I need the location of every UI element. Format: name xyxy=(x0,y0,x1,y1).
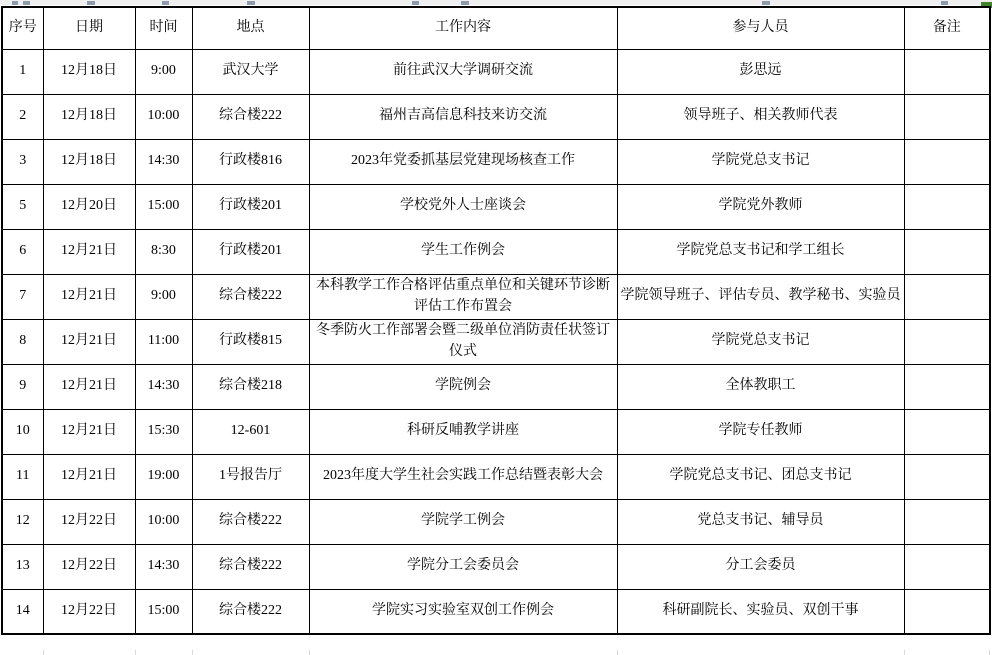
cell-remarks[interactable] xyxy=(904,94,990,139)
gridline xyxy=(309,650,310,655)
cell-content[interactable]: 科研反哺教学讲座 xyxy=(309,409,617,454)
cropped-text-fragment xyxy=(762,1,770,5)
cell-time[interactable]: 9:00 xyxy=(135,49,192,94)
gridline xyxy=(43,650,44,655)
cell-time[interactable]: 14:30 xyxy=(135,364,192,409)
cell-remarks[interactable] xyxy=(904,319,990,364)
cell-participants[interactable]: 领导班子、相关教师代表 xyxy=(617,94,904,139)
cell-index[interactable]: 13 xyxy=(2,544,43,589)
cell-index[interactable]: 7 xyxy=(2,274,43,319)
table-row: 8 12月21日 11:00 行政楼815 冬季防火工作部署会暨二级单位消防责任… xyxy=(2,319,990,364)
cell-participants[interactable]: 学院党总支书记 xyxy=(617,139,904,184)
cell-time[interactable]: 11:00 xyxy=(135,319,192,364)
cell-remarks[interactable] xyxy=(904,364,990,409)
cell-content[interactable]: 学院学工例会 xyxy=(309,499,617,544)
cell-date[interactable]: 12月18日 xyxy=(43,139,135,184)
cell-participants[interactable]: 学院党总支书记、团总支书记 xyxy=(617,454,904,499)
table-row: 5 12月20日 15:00 行政楼201 学校党外人士座谈会 学院党外教师 xyxy=(2,184,990,229)
cell-location[interactable]: 综合楼218 xyxy=(192,364,309,409)
cell-time[interactable]: 10:00 xyxy=(135,94,192,139)
cropped-text-fragment xyxy=(412,1,419,5)
cell-index[interactable]: 1 xyxy=(2,49,43,94)
cell-content[interactable]: 福州吉高信息科技来访交流 xyxy=(309,94,617,139)
cell-content[interactable]: 学校党外人士座谈会 xyxy=(309,184,617,229)
cropped-row-strip xyxy=(0,0,992,5)
cell-location[interactable]: 武汉大学 xyxy=(192,49,309,94)
cell-index[interactable]: 11 xyxy=(2,454,43,499)
cell-index[interactable]: 10 xyxy=(2,409,43,454)
gridline xyxy=(617,650,618,655)
cell-date[interactable]: 12月21日 xyxy=(43,229,135,274)
cell-content[interactable]: 2023年度大学生社会实践工作总结暨表彰大会 xyxy=(309,454,617,499)
cell-content[interactable]: 学院例会 xyxy=(309,364,617,409)
table-row: 7 12月21日 9:00 综合楼222 本科教学工作合格评估重点单位和关键环节… xyxy=(2,274,990,319)
cell-index[interactable]: 9 xyxy=(2,364,43,409)
spreadsheet-view: 序号 日期 时间 地点 工作内容 参与人员 备注 1 12月18日 9:00 武… xyxy=(0,0,992,655)
cell-participants[interactable]: 彭思远 xyxy=(617,49,904,94)
cell-remarks[interactable] xyxy=(904,454,990,499)
cell-content[interactable]: 前往武汉大学调研交流 xyxy=(309,49,617,94)
cell-index[interactable]: 8 xyxy=(2,319,43,364)
cell-location[interactable]: 综合楼222 xyxy=(192,499,309,544)
cell-participants[interactable]: 学院党总支书记和学工组长 xyxy=(617,229,904,274)
cell-date[interactable]: 12月21日 xyxy=(43,364,135,409)
cropped-text-fragment xyxy=(23,1,30,5)
cell-index[interactable]: 6 xyxy=(2,229,43,274)
cell-participants[interactable]: 学院党总支书记 xyxy=(617,319,904,364)
table-row: 1 12月18日 9:00 武汉大学 前往武汉大学调研交流 彭思远 xyxy=(2,49,990,94)
cell-date[interactable]: 12月20日 xyxy=(43,184,135,229)
cell-remarks[interactable] xyxy=(904,274,990,319)
cell-participants[interactable]: 学院党外教师 xyxy=(617,184,904,229)
header-row: 序号 日期 时间 地点 工作内容 参与人员 备注 xyxy=(2,7,990,49)
column-header-time[interactable]: 时间 xyxy=(135,7,192,49)
cell-remarks[interactable] xyxy=(904,589,990,634)
cell-date[interactable]: 12月22日 xyxy=(43,544,135,589)
cell-remarks[interactable] xyxy=(904,139,990,184)
cell-date[interactable]: 12月21日 xyxy=(43,274,135,319)
cell-participants[interactable]: 学院领导班子、评估专员、教学秘书、实验员 xyxy=(617,274,904,319)
cell-index[interactable]: 14 xyxy=(2,589,43,634)
cell-location[interactable]: 行政楼201 xyxy=(192,184,309,229)
gridline xyxy=(904,650,905,655)
gridline xyxy=(989,650,990,655)
column-header-participants[interactable]: 参与人员 xyxy=(617,7,904,49)
cell-date[interactable]: 12月21日 xyxy=(43,319,135,364)
cell-participants[interactable]: 党总支书记、辅导员 xyxy=(617,499,904,544)
cell-content[interactable]: 学生工作例会 xyxy=(309,229,617,274)
gridline xyxy=(192,650,193,655)
table-row: 2 12月18日 10:00 综合楼222 福州吉高信息科技来访交流 领导班子、… xyxy=(2,94,990,139)
cell-location[interactable]: 综合楼222 xyxy=(192,544,309,589)
column-header-remarks[interactable]: 备注 xyxy=(904,7,990,49)
table-row: 11 12月21日 19:00 1号报告厅 2023年度大学生社会实践工作总结暨… xyxy=(2,454,990,499)
cell-date[interactable]: 12月21日 xyxy=(43,409,135,454)
cell-participants[interactable]: 全体教职工 xyxy=(617,364,904,409)
column-header-index[interactable]: 序号 xyxy=(2,7,43,49)
cell-remarks[interactable] xyxy=(904,409,990,454)
cropped-text-fragment xyxy=(87,1,95,5)
table-row: 13 12月22日 14:30 综合楼222 学院分工会委员会 分工会委员 xyxy=(2,544,990,589)
column-header-location[interactable]: 地点 xyxy=(192,7,309,49)
cell-participants[interactable]: 科研副院长、实验员、双创干事 xyxy=(617,589,904,634)
cell-location[interactable]: 行政楼816 xyxy=(192,139,309,184)
cell-content[interactable]: 学院分工会委员会 xyxy=(309,544,617,589)
cell-date[interactable]: 12月21日 xyxy=(43,454,135,499)
cell-remarks[interactable] xyxy=(904,49,990,94)
cropped-text-fragment xyxy=(941,1,948,5)
cell-time[interactable]: 15:30 xyxy=(135,409,192,454)
cell-date[interactable]: 12月22日 xyxy=(43,499,135,544)
cell-time[interactable]: 19:00 xyxy=(135,454,192,499)
cell-time[interactable]: 15:00 xyxy=(135,589,192,634)
cell-index[interactable]: 12 xyxy=(2,499,43,544)
cell-index[interactable]: 2 xyxy=(2,94,43,139)
table-row: 6 12月21日 8:30 行政楼201 学生工作例会 学院党总支书记和学工组长 xyxy=(2,229,990,274)
table-row: 10 12月21日 15:30 12-601 科研反哺教学讲座 学院专任教师 xyxy=(2,409,990,454)
cell-location[interactable]: 行政楼815 xyxy=(192,319,309,364)
cell-remarks[interactable] xyxy=(904,499,990,544)
cell-date[interactable]: 12月18日 xyxy=(43,94,135,139)
cell-location[interactable]: 综合楼222 xyxy=(192,589,309,634)
table-row: 3 12月18日 14:30 行政楼816 2023年党委抓基层党建现场核查工作… xyxy=(2,139,990,184)
cell-participants[interactable]: 分工会委员 xyxy=(617,544,904,589)
cropped-text-fragment xyxy=(247,1,255,5)
column-header-content[interactable]: 工作内容 xyxy=(309,7,617,49)
cell-content[interactable]: 本科教学工作合格评估重点单位和关键环节诊断评估工作布置会 xyxy=(309,274,617,319)
cell-date[interactable]: 12月18日 xyxy=(43,49,135,94)
cell-time[interactable]: 14:30 xyxy=(135,544,192,589)
table-row: 9 12月21日 14:30 综合楼218 学院例会 全体教职工 xyxy=(2,364,990,409)
cell-location[interactable]: 1号报告厅 xyxy=(192,454,309,499)
cell-content[interactable]: 学院实习实验室双创工作例会 xyxy=(309,589,617,634)
cell-time[interactable]: 9:00 xyxy=(135,274,192,319)
cell-location[interactable]: 行政楼201 xyxy=(192,229,309,274)
cell-index[interactable]: 3 xyxy=(2,139,43,184)
cropped-text-fragment xyxy=(461,1,469,5)
table-row: 14 12月22日 15:00 综合楼222 学院实习实验室双创工作例会 科研副… xyxy=(2,589,990,634)
cropped-text-fragment xyxy=(12,1,18,5)
cell-location[interactable]: 12-601 xyxy=(192,409,309,454)
cell-participants[interactable]: 学院专任教师 xyxy=(617,409,904,454)
cell-time[interactable]: 10:00 xyxy=(135,499,192,544)
cell-location[interactable]: 综合楼222 xyxy=(192,94,309,139)
cell-remarks[interactable] xyxy=(904,184,990,229)
column-header-date[interactable]: 日期 xyxy=(43,7,135,49)
table-row: 12 12月22日 10:00 综合楼222 学院学工例会 党总支书记、辅导员 xyxy=(2,499,990,544)
cell-remarks[interactable] xyxy=(904,229,990,274)
cell-remarks[interactable] xyxy=(904,544,990,589)
cell-content[interactable]: 2023年党委抓基层党建现场核查工作 xyxy=(309,139,617,184)
cell-time[interactable]: 15:00 xyxy=(135,184,192,229)
cell-time[interactable]: 14:30 xyxy=(135,139,192,184)
cell-location[interactable]: 综合楼222 xyxy=(192,274,309,319)
cell-content[interactable]: 冬季防火工作部署会暨二级单位消防责任状签订仪式 xyxy=(309,319,617,364)
work-schedule-table: 序号 日期 时间 地点 工作内容 参与人员 备注 1 12月18日 9:00 武… xyxy=(1,6,991,635)
gridline xyxy=(135,650,136,655)
cell-date[interactable]: 12月22日 xyxy=(43,589,135,634)
cropped-text-fragment xyxy=(162,1,169,5)
cell-index[interactable]: 5 xyxy=(2,184,43,229)
cell-time[interactable]: 8:30 xyxy=(135,229,192,274)
